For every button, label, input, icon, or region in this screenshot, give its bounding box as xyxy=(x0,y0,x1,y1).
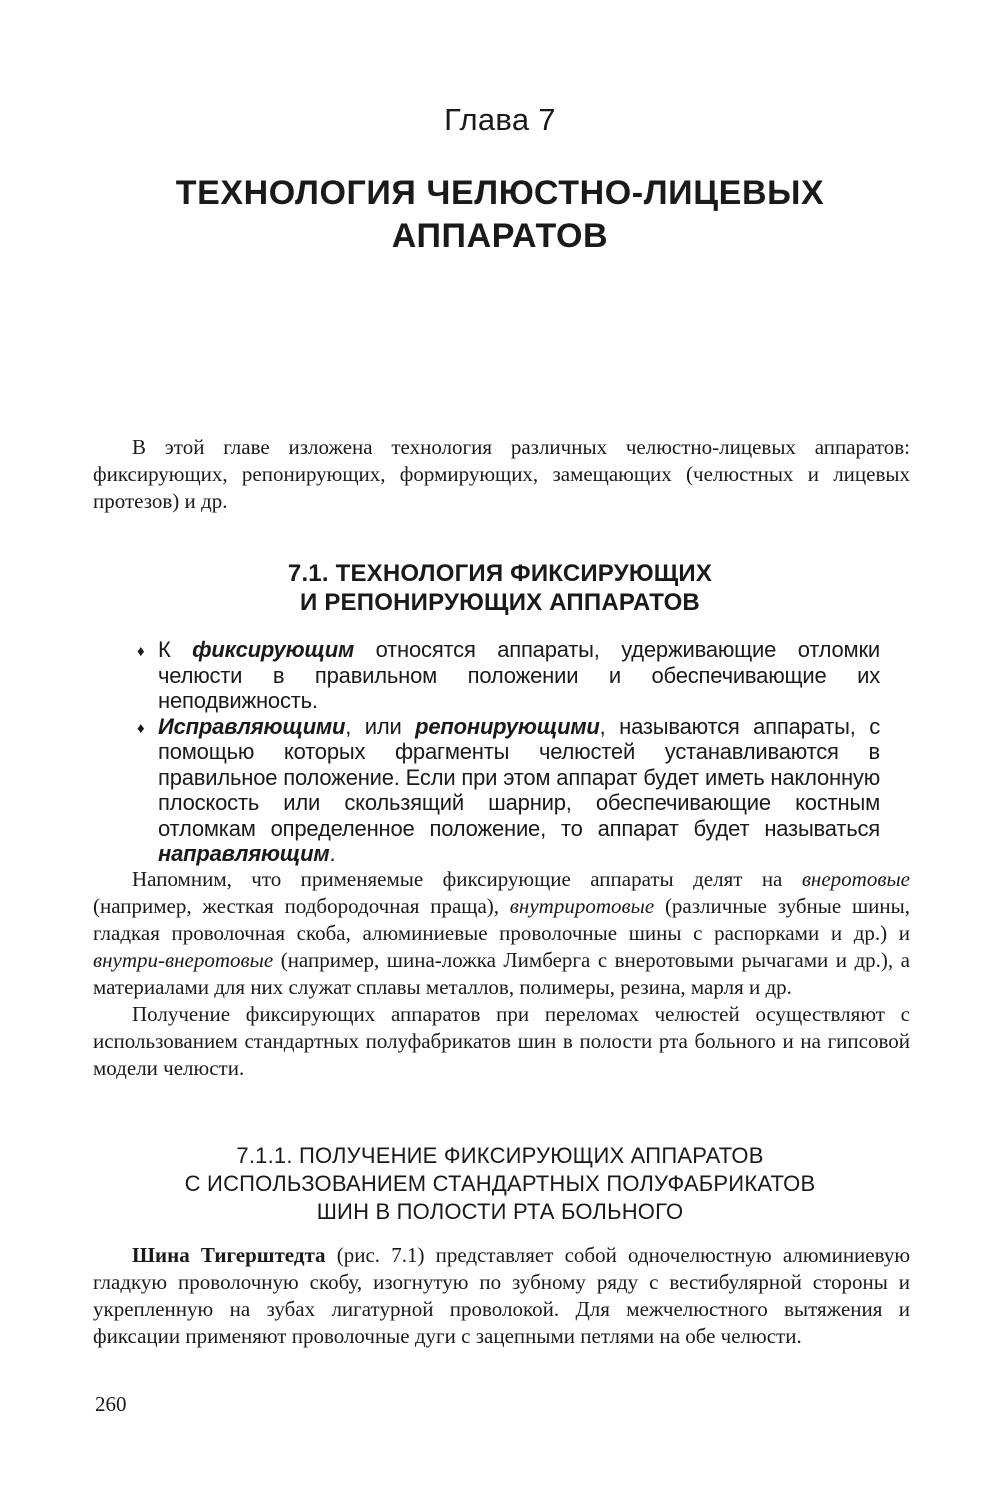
section-heading-7-1-line1: 7.1. ТЕХНОЛОГИЯ ФИКСИРУЮЩИХ xyxy=(288,560,712,587)
definition-bullet-list: ♦К фиксирующим относятся аппараты, удерж… xyxy=(137,637,880,867)
paragraph-fabrication: Получение фиксирующих аппаратов при пере… xyxy=(93,1001,910,1082)
chapter-number: Глава 7 xyxy=(0,102,1000,138)
text-segment: Напомним, что применяемые фиксирующие ап… xyxy=(132,867,802,891)
book-page: Глава 7 ТЕХНОЛОГИЯ ЧЕЛЮСТНО-ЛИЦЕВЫХАППАР… xyxy=(0,0,1000,1499)
intro-paragraph: В этой главе изложена технология различн… xyxy=(93,434,910,515)
subsection-heading-line1: 7.1.1. ПОЛУЧЕНИЕ ФИКСИРУЮЩИХ АППАРАТОВ xyxy=(236,1143,763,1168)
subsection-heading-line3: ШИН В ПОЛОСТИ РТА БОЛЬНОГО xyxy=(317,1199,684,1224)
term-tigerstedt-splint: Шина Тигерштедта xyxy=(132,1243,326,1267)
bullet-item-correcting-apparatus: ♦Исправляющими, или репонирующими, назыв… xyxy=(137,714,880,867)
term-guiding: направляющим xyxy=(158,841,329,866)
paragraph-classification: Напомним, что применяемые фиксирующие ап… xyxy=(93,866,910,1001)
body-text-block: Напомним, что применяемые фиксирующие ап… xyxy=(93,866,910,1082)
diamond-bullet-icon: ♦ xyxy=(137,639,144,665)
term-correcting: Исправляющими xyxy=(158,714,345,739)
term-repositioning: репонирующими xyxy=(415,714,600,739)
term-extraoral: внеротовые xyxy=(802,867,910,891)
subsection-heading-line2: С ИСПОЛЬЗОВАНИЕМ СТАНДАРТНЫХ ПОЛУФАБРИКА… xyxy=(185,1171,816,1196)
term-intraoral: внутриротовые xyxy=(510,894,654,918)
diamond-bullet-icon: ♦ xyxy=(137,716,144,742)
tigerstedt-block: Шина Тигерштедта (рис. 7.1) представляет… xyxy=(93,1242,910,1350)
text-segment: (например, жесткая подбородочная праща), xyxy=(93,894,510,918)
term-intra-extraoral: внутри-внеротовые xyxy=(93,948,273,972)
intro-block: В этой главе изложена технология различн… xyxy=(93,434,910,515)
text-segment: . xyxy=(329,841,335,866)
bullet-item-fixing-apparatus: ♦К фиксирующим относятся аппараты, удерж… xyxy=(137,637,880,714)
chapter-title: ТЕХНОЛОГИЯ ЧЕЛЮСТНО-ЛИЦЕВЫХАППАРАТОВ xyxy=(0,172,1000,258)
section-heading-7-1-line2: И РЕПОНИРУЮЩИХ АППАРАТОВ xyxy=(300,589,700,616)
subsection-heading-7-1-1: 7.1.1. ПОЛУЧЕНИЕ ФИКСИРУЮЩИХ АППАРАТОВС … xyxy=(0,1142,1000,1226)
term-fixing: фиксирующим xyxy=(192,637,354,662)
page-number: 260 xyxy=(95,1392,127,1417)
paragraph-tigerstedt-splint: Шина Тигерштедта (рис. 7.1) представляет… xyxy=(93,1242,910,1350)
chapter-title-line2: АППАРАТОВ xyxy=(392,217,608,255)
section-heading-7-1: 7.1. ТЕХНОЛОГИЯ ФИКСИРУЮЩИХИ РЕПОНИРУЮЩИ… xyxy=(0,559,1000,617)
text-segment: , или xyxy=(345,714,415,739)
chapter-title-line1: ТЕХНОЛОГИЯ ЧЕЛЮСТНО-ЛИЦЕВЫХ xyxy=(176,174,825,212)
text-segment: К xyxy=(158,637,192,662)
